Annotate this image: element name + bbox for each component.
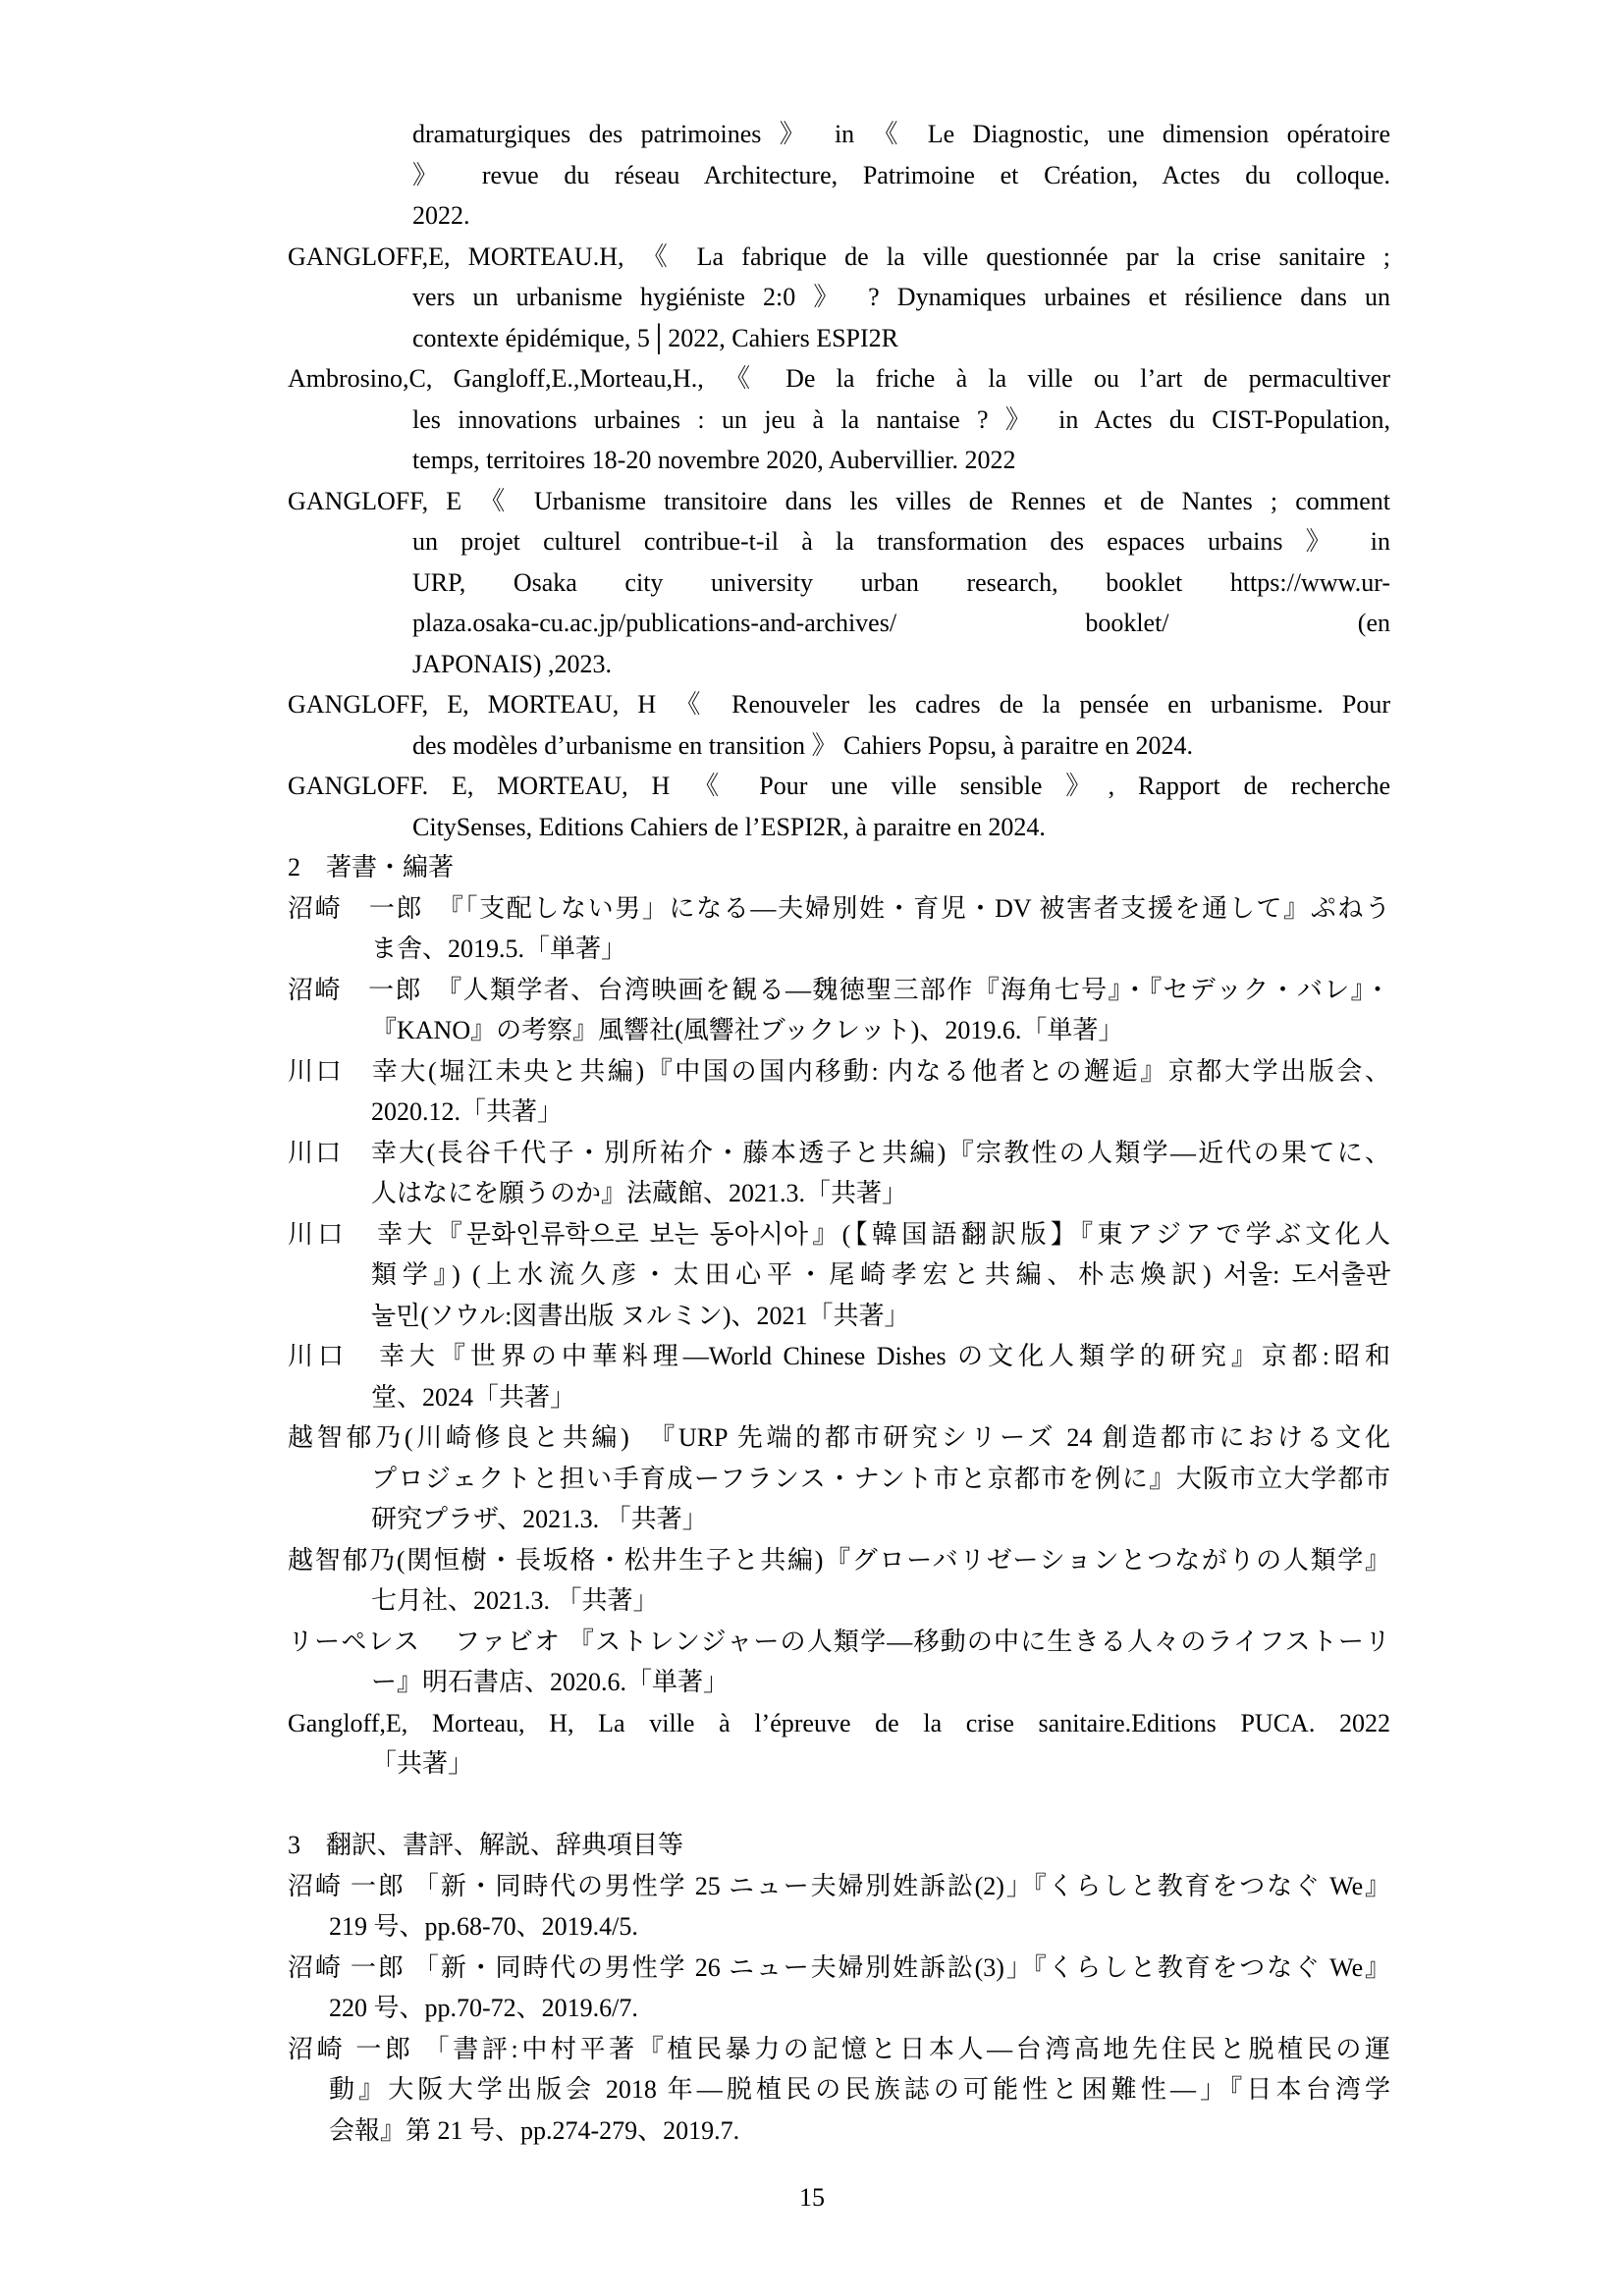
text-line: 沼崎 一郎 「新・同時代の男性学 26 ニュー夫婦別姓訴訟(3)」『くらしと教育… (288, 1948, 1390, 1989)
text-line: 219 号、pp.68-70、2019.4/5. (288, 1906, 1390, 1948)
text-line: plaza.osaka-cu.ac.jp/publications-and-ar… (288, 603, 1390, 644)
text-line: un projet culturel contribue-t-il à la t… (288, 521, 1390, 562)
text-line: GANGLOFF, E, MORTEAU, H 《 Renouveler les… (288, 684, 1390, 725)
text-line: Ambrosino,C, Gangloff,E.,Morteau,H., 《 D… (288, 358, 1390, 400)
document-page: dramaturgiques des patrimoines 》 in 《 Le… (0, 0, 1624, 2296)
text-line: 》 revue du réseau Architecture, Patrimoi… (288, 155, 1390, 196)
text-line: 動』大阪大学出版会 2018 年―脱植民の民族誌の可能性と困難性―」『日本台湾学 (288, 2069, 1390, 2110)
text-line: dramaturgiques des patrimoines 》 in 《 Le… (288, 114, 1390, 155)
text-line: 会報』第 21 号、pp.274-279、2019.7. (288, 2110, 1390, 2152)
text-line: 沼崎 一郎 「書評:中村平著『植民暴力の記憶と日本人―台湾高地先住民と脱植民の運 (288, 2029, 1390, 2070)
text-line: Gangloff,E, Morteau, H, La ville à l’épr… (288, 1703, 1390, 1744)
text-line: ー』明石書店、2020.6.「単著」 (288, 1662, 1390, 1703)
text-line: GANGLOFF,E, MORTEAU.H, 《 La fabrique de … (288, 237, 1390, 278)
text-line: temps, territoires 18-20 novembre 2020, … (288, 440, 1390, 481)
text-line: 沼崎 一郎 「新・同時代の男性学 25 ニュー夫婦別姓訴訟(2)」『くらしと教育… (288, 1866, 1390, 1907)
text-line: GANGLOFF. E, MORTEAU, H 《 Pour une ville… (288, 766, 1390, 807)
text-line: 越智郁乃(関恒樹・長坂格・松井生子と共編)『グローバリゼーションとつながりの人類… (288, 1540, 1390, 1581)
blank-line (288, 1785, 1390, 1826)
text-line: 研究プラザ、2021.3. 「共著」 (288, 1499, 1390, 1540)
text-line: 越智郁乃(川崎修良と共編) 『URP 先端的都市研究シリーズ 24 創造都市にお… (288, 1417, 1390, 1459)
text-line: URP, Osaka city university urban researc… (288, 562, 1390, 604)
text-line: 川口 幸大(長谷千代子・別所祐介・藤本透子と共編)『宗教性の人類学―近代の果てに… (288, 1133, 1390, 1174)
text-line: GANGLOFF, E 《 Urbanisme transitoire dans… (288, 481, 1390, 522)
text-line: 川口 幸大『世界の中華料理―World Chinese Dishes の文化人類… (288, 1336, 1390, 1377)
text-line: 人はなにを願うのか』法蔵館、2021.3.「共著」 (288, 1173, 1390, 1214)
text-line: 沼崎 一郎 『「支配しない男」になる―夫婦別姓・育児・DV 被害者支援を通して』… (288, 888, 1390, 930)
text-line: 堂、2024「共著」 (288, 1377, 1390, 1418)
text-line: des modèles d’urbanisme en transition 》 … (288, 725, 1390, 767)
text-line: ま舎、2019.5.「単著」 (288, 929, 1390, 970)
section-heading: 3 翻訳、書評、解説、辞典項目等 (288, 1825, 1390, 1866)
text-line: 눌민(ソウル:図書出版 ヌルミン)、2021「共著」 (288, 1296, 1390, 1337)
text-line: 川口 幸大『문화인류학으로 보는 동아시아』(【韓国語翻訳版】『東アジアで学ぶ文… (288, 1214, 1390, 1255)
text-line: 沼崎 一郎 『人類学者、台湾映画を観る―魏徳聖三部作『海角七号』・『セデック・バ… (288, 970, 1390, 1011)
text-line: CitySenses, Editions Cahiers de l’ESPI2R… (288, 807, 1390, 848)
text-line: 「共著」 (288, 1743, 1390, 1785)
section-heading: 2 著書・編著 (288, 847, 1390, 888)
text-line: リーペレス ファビオ 『ストレンジャーの人類学―移動の中に生きる人々のライフスト… (288, 1622, 1390, 1663)
text-line: contexte épidémique, 5│2022, Cahiers ESP… (288, 318, 1390, 359)
text-line: 類学』) (上水流久彦・太田心平・尾崎孝宏と共編、朴志煥訳) 서울: 도서출판 (288, 1255, 1390, 1296)
text-line: 220 号、pp.70-72、2019.6/7. (288, 1988, 1390, 2029)
page-number: 15 (0, 2177, 1624, 2218)
text-line: vers un urbanisme hygiéniste 2:0 》 ? Dyn… (288, 277, 1390, 318)
text-line: 2020.12.「共著」 (288, 1092, 1390, 1133)
text-line: JAPONAIS) ,2023. (288, 644, 1390, 685)
text-line: 2022. (288, 195, 1390, 237)
publication-list: dramaturgiques des patrimoines 》 in 《 Le… (288, 114, 1390, 2151)
text-line: 七月社、2021.3. 「共著」 (288, 1580, 1390, 1622)
text-line: プロジェクトと担い手育成ーフランス・ナント市と京都市を例に』大阪市立大学都市 (288, 1459, 1390, 1500)
text-line: 『KANO』の考察』風響社(風響社ブックレット)、2019.6.「単著」 (288, 1010, 1390, 1051)
text-line: les innovations urbaines : un jeu à la n… (288, 400, 1390, 441)
text-line: 川口 幸大(堀江未央と共編)『中国の国内移動: 内なる他者との邂逅』京都大学出版… (288, 1051, 1390, 1093)
